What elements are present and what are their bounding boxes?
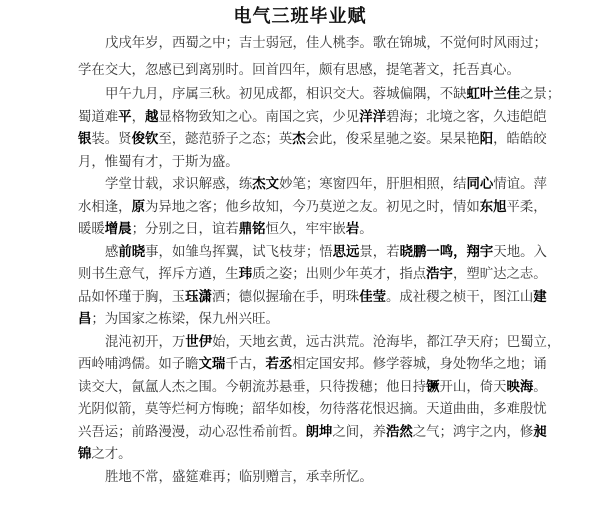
text-segment: 洒；德似握瑜在手，明珠 <box>212 290 359 305</box>
text-line: 读交大，氤氲人杰之围。今朝流苏悬垂，只待拨穗；他日持镢开山，倚天映海。 <box>78 377 540 400</box>
text-line: 品如怀瑾于胸，玉珏潇洒；德似握瑜在手，明珠佳莹。成社稷之桢干，图江山建 <box>78 287 540 310</box>
text-line: 学在交大，忽感已到离别时。回首四年，颇有思感，提笔著文，托吾真心。 <box>78 57 540 84</box>
highlighted-name: 浩然 <box>386 425 413 440</box>
text-line: 西岭哺鸿儒。如子瞻文瑞千古，若丞相定国安邦。修学蓉城，身处物华之地；诵 <box>78 354 540 377</box>
highlighted-name: 俊钦 <box>132 132 159 147</box>
text-segment: 平柔， <box>507 200 547 215</box>
text-segment: 西岭哺鸿儒。如子瞻 <box>78 357 199 372</box>
text-segment: 则书生意气，挥斥方遒，生 <box>78 267 239 282</box>
text-segment: 戊戌年岁，西蜀之中；吉士弱冠，佳人桃李。歌在锦城，不觉何时风雨过； <box>105 36 547 51</box>
text-line: 月，惟蜀有才，于斯为盛。 <box>78 152 540 175</box>
text-line: 戊戌年岁，西蜀之中；吉士弱冠，佳人桃李。歌在锦城，不觉何时风雨过； <box>78 30 540 57</box>
text-segment: 天地。入 <box>493 245 547 260</box>
text-segment: 会此，俊采星驰之姿。杲杲艳 <box>306 132 480 147</box>
highlighted-name: 玮 <box>239 267 252 282</box>
text-segment: 妙笔；寒窗四年，肝胆相照，结 <box>279 177 466 192</box>
highlighted-name: 浩宇 <box>426 267 453 282</box>
text-line: 光阴似箭，莫等烂柯方悔晚；韶华如梭，勿待落花恨迟摘。天道曲曲，多难殷忧 <box>78 399 540 422</box>
highlighted-name: 前晓 <box>118 245 145 260</box>
highlighted-name: 同心 <box>467 177 494 192</box>
text-line: 感前晓事，如雏鸟挥翼，试飞枝芽；悟思远景，若晓鹏一鸣，翔宇天地。入 <box>78 242 540 265</box>
text-segment: 之景； <box>520 87 560 102</box>
text-line: 兴吾运；前路漫漫，动心忍性希前哲。朗坤之间，养浩然之气；鸿宇之内，修昶 <box>78 422 540 445</box>
text-segment: 始，天地玄黄，远古洪荒。沧海毕，都江孕天府；巴蜀立， <box>212 335 560 350</box>
paragraph-p4: 混沌初开，万世伊始，天地玄黄，远古洪荒。沧海毕，都江孕天府；巴蜀立，西岭哺鸿儒。… <box>78 332 540 467</box>
highlighted-name: 世伊 <box>185 335 212 350</box>
highlighted-name: 镢 <box>426 380 439 395</box>
text-line: 水相逢，原为异地之客；他乡故知，今乃莫逆之友。初见之时，情如东旭平柔， <box>78 197 540 220</box>
paragraph-p2: 学堂廿载，求识解惑，练杰文妙笔；寒窗四年，肝胆相照，结同心情谊。萍水相逢，原为异… <box>78 174 540 242</box>
text-segment: 恒久，牢牢嵌 <box>265 222 345 237</box>
text-segment: 学在交大，忽感已到离别时。回首四年，颇有思感，提笔著文，托吾真心。 <box>78 63 520 78</box>
text-segment: 蜀道难 <box>78 110 118 125</box>
text-segment: 月，惟蜀有才，于斯为盛。 <box>78 155 239 170</box>
highlighted-name: 东旭 <box>480 200 507 215</box>
text-segment: 景，若 <box>359 245 399 260</box>
highlighted-name: 增晨 <box>105 222 132 237</box>
text-segment: 事，如雏鸟挥翼，试飞枝芽；悟 <box>145 245 332 260</box>
text-segment: 暖暖 <box>78 222 105 237</box>
text-segment: 开山，倚天 <box>440 380 507 395</box>
text-segment: 兴吾运；前路漫漫，动心忍性希前哲。 <box>78 425 306 440</box>
text-segment: 感 <box>105 245 118 260</box>
text-segment: 光阴似箭，莫等烂柯方悔晚；韶华如梭，勿待落花恨迟摘。天道曲曲，多难殷忧 <box>78 402 547 417</box>
text-segment: 胜地不常，盛筵难再；临别赠言，承幸所忆。 <box>105 470 373 485</box>
highlighted-name: 虹叶兰佳 <box>467 87 521 102</box>
text-line: 银装。贤俊钦至，懿范骄子之态；英杰会此，俊采星驰之姿。杲杲艳阳，皓皓皎 <box>78 129 540 152</box>
text-segment: 情谊。萍 <box>493 177 547 192</box>
text-segment: ；分别之日，谊若 <box>132 222 239 237</box>
text-segment: 。 <box>359 222 372 237</box>
highlighted-name: 锦 <box>78 447 91 462</box>
document-title: 电气三班毕业赋 <box>0 2 600 28</box>
text-segment: 至，懿范骄子之态；英 <box>158 132 292 147</box>
text-line: 锦之才。 <box>78 444 540 467</box>
text-segment: 品如怀瑾于胸，玉 <box>78 290 185 305</box>
text-segment: 之才。 <box>91 447 131 462</box>
highlighted-name: 昌 <box>78 312 91 327</box>
text-segment: 水相逢， <box>78 200 132 215</box>
highlighted-name: 思远 <box>333 245 360 260</box>
highlighted-name: 昶 <box>533 425 546 440</box>
text-segment: ；为国家之栋梁，保九州兴旺。 <box>91 312 278 327</box>
text-segment: ，塑旷达之志。 <box>453 267 547 282</box>
text-segment: 显格物致知之心。南国之宾，少见 <box>158 110 359 125</box>
text-segment: ，皓皓皎 <box>493 132 547 147</box>
text-segment: 读交大，氤氲人杰之围。今朝流苏悬垂，只待拨穗；他日持 <box>78 380 426 395</box>
highlighted-name: 建 <box>533 290 546 305</box>
highlighted-name: 若丞 <box>265 357 292 372</box>
text-segment: 混沌初开，万 <box>105 335 185 350</box>
highlighted-name: 洋洋 <box>359 110 386 125</box>
text-segment: 为异地之客；他乡故知，今乃莫逆之友。初见之时，情如 <box>145 200 480 215</box>
highlighted-name: 文瑞 <box>199 357 226 372</box>
highlighted-name: 杰 <box>292 132 305 147</box>
highlighted-name: 晓鹏一鸣，翔宇 <box>400 245 494 260</box>
highlighted-name: 杰文 <box>252 177 279 192</box>
highlighted-name: 平 <box>118 110 131 125</box>
text-line: 甲午九月，序属三秋。初见成都，相识交大。蓉城偏隅，不缺虹叶兰佳之景； <box>78 84 540 107</box>
highlighted-name: 原 <box>132 200 145 215</box>
text-segment: 装。贤 <box>91 132 131 147</box>
highlighted-name: 鼎铭 <box>239 222 266 237</box>
highlighted-name: 越 <box>145 110 158 125</box>
highlighted-name: 银 <box>78 132 91 147</box>
text-segment: 。 <box>533 380 546 395</box>
text-line: 混沌初开，万世伊始，天地玄黄，远古洪荒。沧海毕，都江孕天府；巴蜀立， <box>78 332 540 355</box>
text-segment: 之间，养 <box>332 425 386 440</box>
text-segment: 学堂廿载，求识解惑，练 <box>105 177 252 192</box>
text-line: 则书生意气，挥斥方遒，生玮质之姿；出则少年英才，指点浩宇，塑旷达之志。 <box>78 264 540 287</box>
text-segment: 之气；鸿宇之内，修 <box>413 425 534 440</box>
paragraph-p3: 感前晓事，如雏鸟挥翼，试飞枝芽；悟思远景，若晓鹏一鸣，翔宇天地。入则书生意气，挥… <box>78 242 540 332</box>
text-segment: 甲午九月，序属三秋。初见成都，相识交大。蓉城偏隅，不缺 <box>105 87 467 102</box>
paragraph-closing: 胜地不常，盛筵难再；临别赠言，承幸所忆。 <box>78 467 540 490</box>
text-segment: ， <box>132 110 145 125</box>
highlighted-name: 映海 <box>507 380 534 395</box>
paragraph-p1: 甲午九月，序属三秋。初见成都，相识交大。蓉城偏隅，不缺虹叶兰佳之景；蜀道难平，越… <box>78 84 540 174</box>
text-line: 胜地不常，盛筵难再；临别赠言，承幸所忆。 <box>78 467 540 490</box>
text-segment: 质之姿；出则少年英才，指点 <box>252 267 426 282</box>
text-line: 暖暖增晨；分别之日，谊若鼎铭恒久，牢牢嵌岩。 <box>78 219 540 242</box>
paragraph-intro: 戊戌年岁，西蜀之中；吉士弱冠，佳人桃李。歌在锦城，不觉何时风雨过；学在交大，忽感… <box>78 30 540 84</box>
document-page: 电气三班毕业赋 戊戌年岁，西蜀之中；吉士弱冠，佳人桃李。歌在锦城，不觉何时风雨过… <box>0 0 600 508</box>
text-segment: 碧海；北境之客，久违皑皑 <box>386 110 547 125</box>
highlighted-name: 朗坤 <box>306 425 333 440</box>
document-body: 戊戌年岁，西蜀之中；吉士弱冠，佳人桃李。歌在锦城，不觉何时风雨过；学在交大，忽感… <box>78 30 540 489</box>
text-segment: 。成社稷之桢干，图江山 <box>386 290 533 305</box>
highlighted-name: 岩 <box>346 222 359 237</box>
text-segment: 相定国安邦。修学蓉城，身处物华之地；诵 <box>292 357 546 372</box>
text-segment: 千古， <box>225 357 265 372</box>
text-line: 蜀道难平，越显格物致知之心。南国之宾，少见洋洋碧海；北境之客，久违皑皑 <box>78 107 540 130</box>
text-line: 学堂廿载，求识解惑，练杰文妙笔；寒窗四年，肝胆相照，结同心情谊。萍 <box>78 174 540 197</box>
text-line: 昌；为国家之栋梁，保九州兴旺。 <box>78 309 540 332</box>
highlighted-name: 珏潇 <box>185 290 212 305</box>
highlighted-name: 佳莹 <box>359 290 386 305</box>
highlighted-name: 阳 <box>480 132 493 147</box>
